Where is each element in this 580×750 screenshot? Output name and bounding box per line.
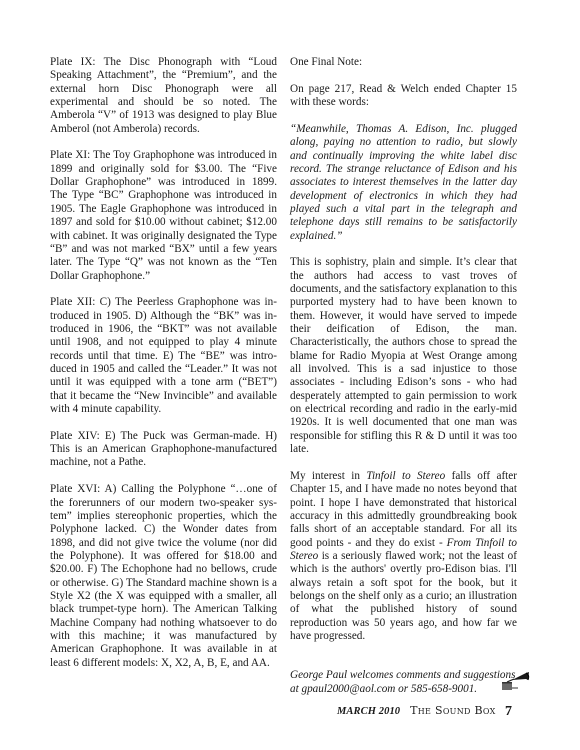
paragraph-plate-ix: Plate IX: The Disc Phonograph with “Loud… (50, 56, 277, 136)
paragraph-sophistry: This is sophistry, plain and simple. It’… (290, 256, 517, 456)
right-column: One Final Note: On page 217, Read & Welc… (290, 56, 517, 709)
interest-text-3: is a seriously flawed work; not the leas… (290, 550, 517, 642)
magazine-page: Plate IX: The Disc Phonograph with “Loud… (0, 0, 580, 750)
paragraph-plate-xii: Plate XII: C) The Peerless Graphophone w… (50, 296, 277, 416)
paragraph-intro: On page 217, Read & Welch ended Chapter … (290, 83, 517, 110)
paragraph-interest: My interest in Tinfoil to Stereo falls o… (290, 470, 517, 643)
paragraph-plate-xi: Plate XI: The Toy Graphophone was introd… (50, 149, 277, 282)
issue-date: MARCH 2010 (337, 706, 400, 717)
publication-title: The Sound Box (410, 704, 496, 717)
block-quote: “Meanwhile, Thomas A. Edison, Inc. plugg… (290, 123, 517, 243)
gramophone-icon (500, 670, 532, 692)
section-heading: One Final Note: (290, 56, 517, 69)
page-number: 7 (505, 704, 512, 720)
left-column: Plate IX: The Disc Phonograph with “Loud… (50, 56, 277, 683)
author-signoff: George Paul welcomes comments and sugges… (290, 669, 517, 696)
interest-text-1: My interest in (290, 470, 366, 482)
book-title: Tinfoil to Stereo (366, 470, 445, 482)
paragraph-plate-xvi: Plate XVI: A) Calling the Polyphone “…on… (50, 483, 277, 670)
paragraph-plate-xiv: Plate XIV: E) The Puck was German-made. … (50, 430, 277, 470)
page-footer: MARCH 2010 The Sound Box 7 (337, 704, 496, 722)
